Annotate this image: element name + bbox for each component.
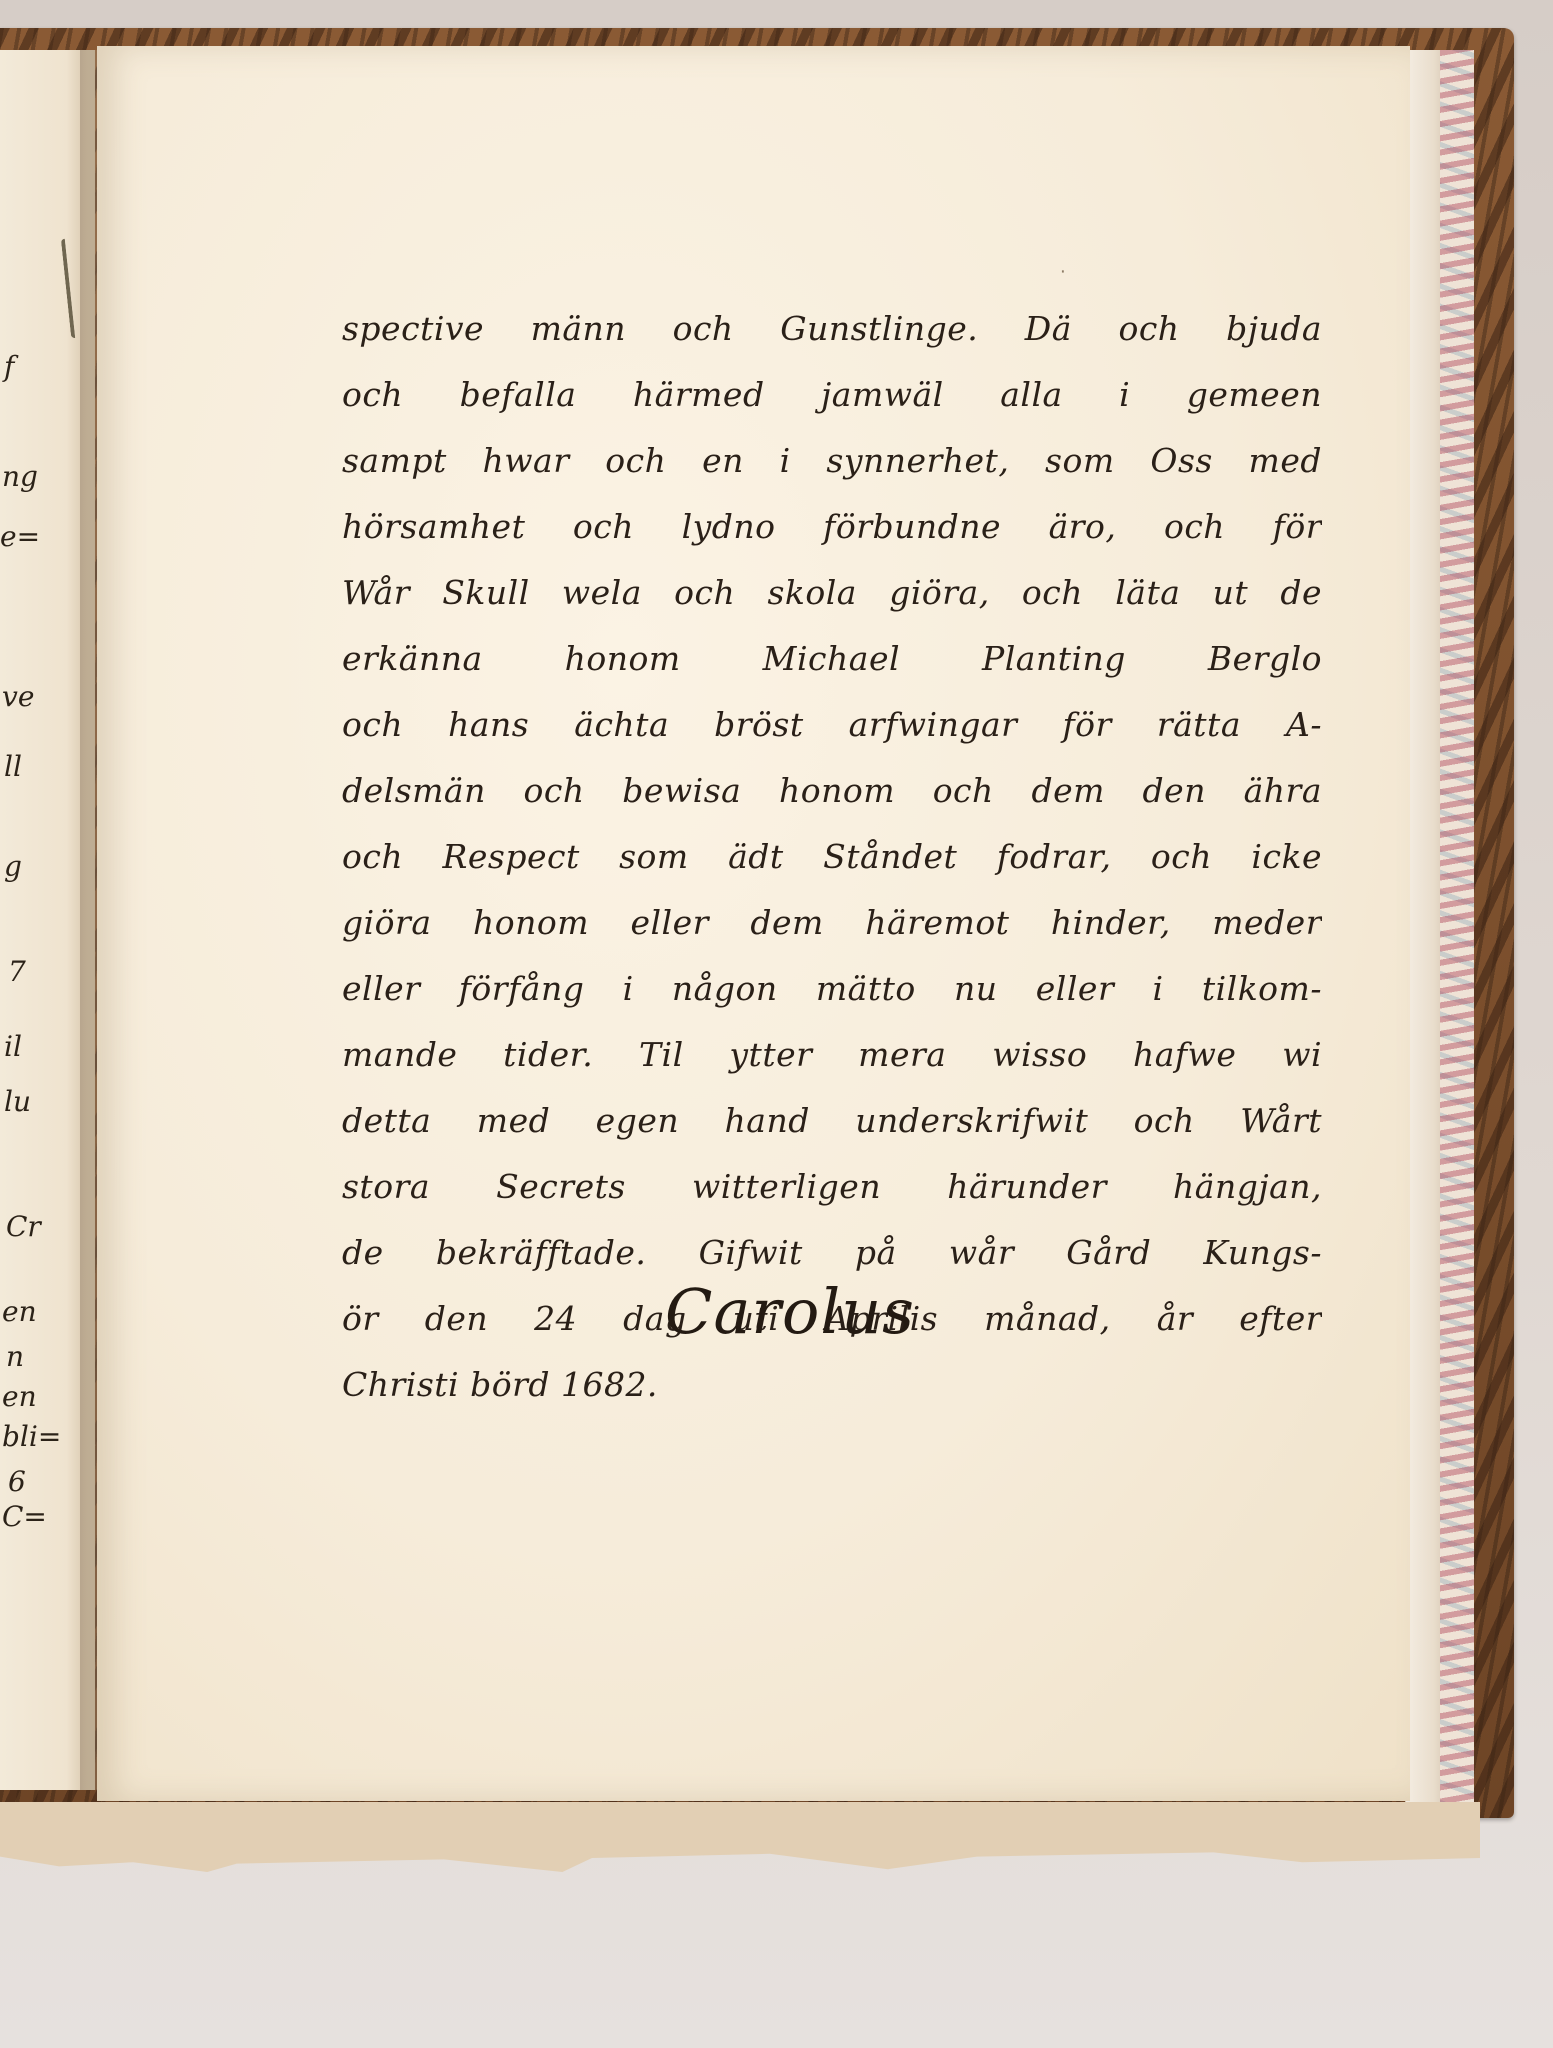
- manuscript-line: detta med egen hand underskrifwit och Wå…: [342, 1088, 1322, 1154]
- left-page-fragment: en: [2, 1380, 37, 1413]
- manuscript-line: Wår Skull wela och skola giöra, och läta…: [342, 560, 1322, 626]
- left-page-fragment: C=: [2, 1500, 47, 1533]
- manuscript-line: sampt hwar och en i synnerhet, som Oss m…: [342, 428, 1322, 494]
- manuscript-line: delsmän och bewisa honom och dem den ähr…: [342, 758, 1322, 824]
- manuscript-line: och hans ächta bröst arfwingar för rätta…: [342, 692, 1322, 758]
- manuscript-line: erkänna honom Michael Planting Berglo: [342, 626, 1322, 692]
- left-page-fragment: 7: [8, 955, 26, 988]
- left-page-fragment: Cr: [6, 1210, 41, 1243]
- manuscript-line: giöra honom eller dem häremot hinder, me…: [342, 890, 1322, 956]
- ink-mark: ‧: [1060, 262, 1066, 283]
- left-page-fragment: en: [2, 1295, 37, 1328]
- left-page-fragment: ve: [2, 680, 34, 713]
- manuscript-line: och Respect som ädt Ståndet fodrar, och …: [342, 824, 1322, 890]
- manuscript-line: eller förfång i någon mätto nu eller i t…: [342, 956, 1322, 1022]
- manuscript-line: stora Secrets witterligen härunder hängj…: [342, 1154, 1322, 1220]
- marbled-endpaper: [1440, 50, 1474, 1805]
- manuscript-line: hörsamhet och lydno förbundne äro, och f…: [342, 494, 1322, 560]
- royal-signature: Carolus: [665, 1275, 915, 1348]
- left-page-fragment: g: [4, 850, 22, 883]
- left-page-fragment: e=: [0, 520, 40, 553]
- manuscript-line: mande tider. Til ytter mera wisso hafwe …: [342, 1022, 1322, 1088]
- manuscript-text: spective männ och Gunstlinge. Dä och bju…: [342, 296, 1322, 1418]
- left-page-fragment: il: [4, 1030, 22, 1063]
- left-page-fragment: ng: [2, 460, 38, 493]
- left-page-fragment: ll: [4, 750, 22, 783]
- left-page-fragment: bli=: [2, 1420, 61, 1453]
- left-page-fragment: lu: [4, 1085, 31, 1118]
- manuscript-line: spective männ och Gunstlinge. Dä och bju…: [342, 296, 1322, 362]
- manuscript-line: och befalla härmed jamwäl alla i gemeen: [342, 362, 1322, 428]
- manuscript-line: Christi börd 1682.: [342, 1352, 1322, 1418]
- left-page-fragment: 6: [8, 1465, 26, 1498]
- left-page-fragment: n: [6, 1340, 24, 1373]
- left-page-fragment: f: [4, 350, 14, 383]
